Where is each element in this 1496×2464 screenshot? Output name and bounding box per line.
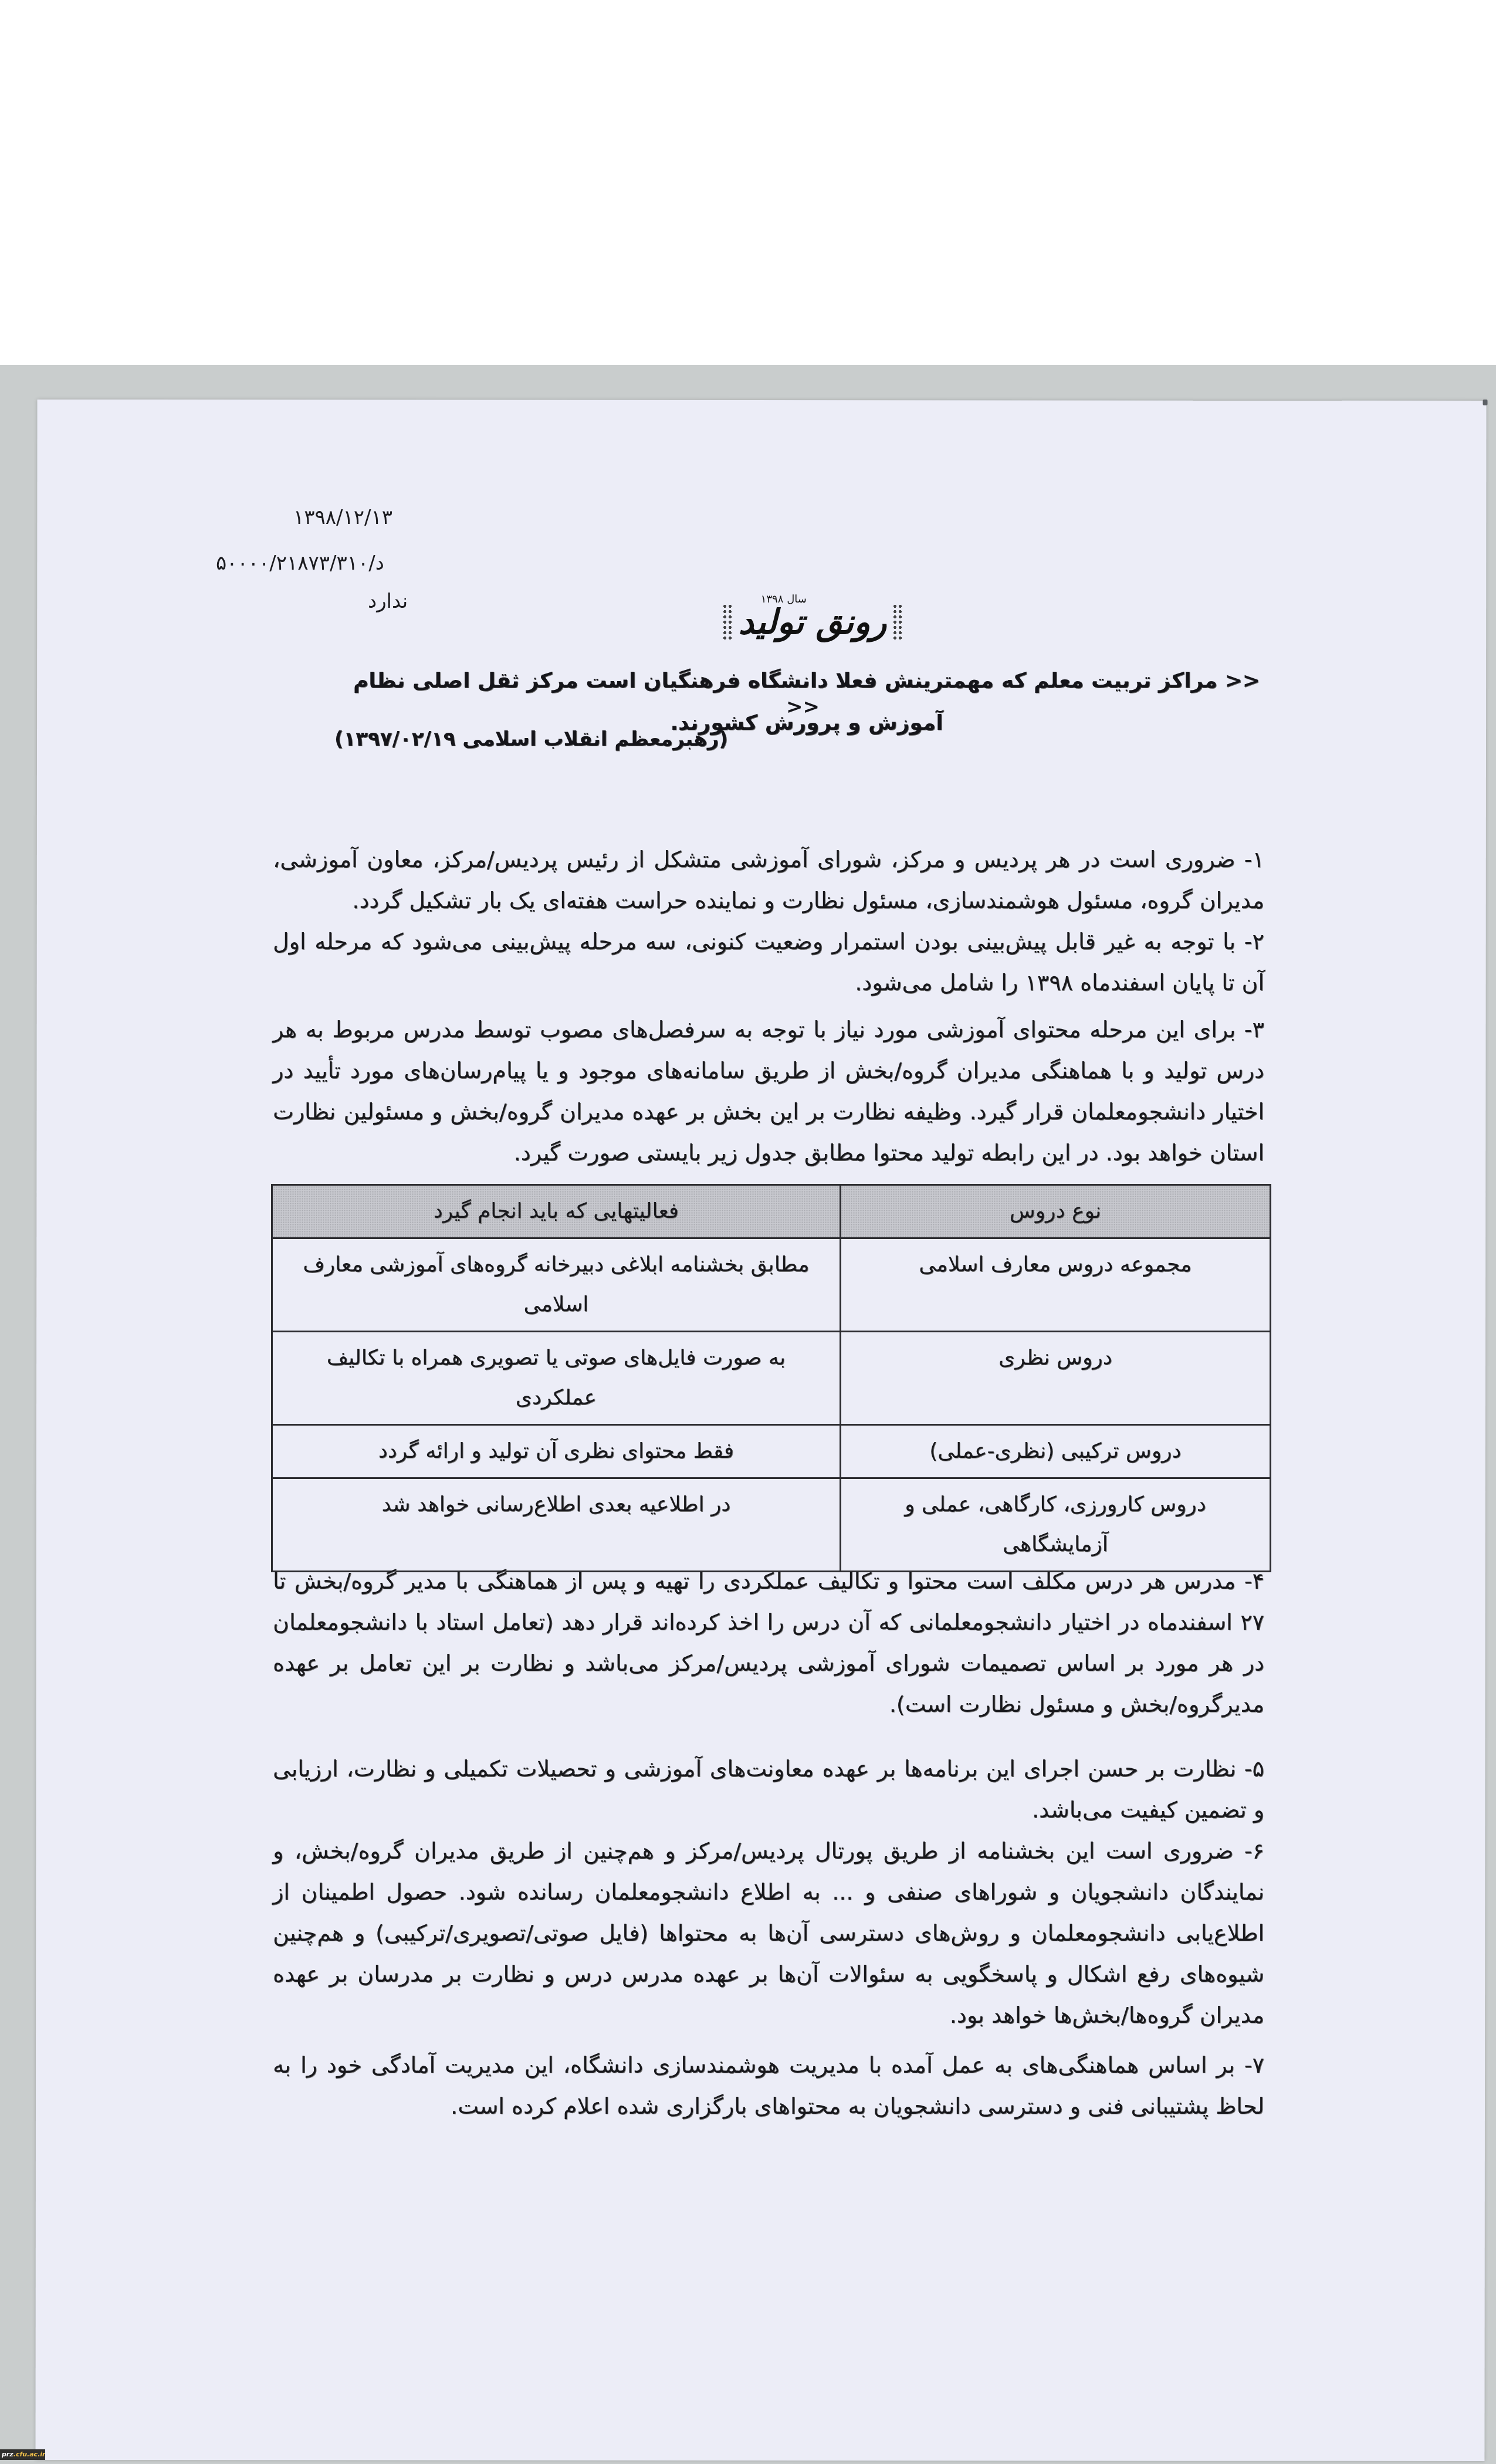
table-row: دروس نظری به صورت فایل‌های صوتی یا تصویر… (272, 1332, 1271, 1425)
site-watermark: prz.cfu.ac.ir (0, 2449, 45, 2460)
cell-course-type: مجموعه دروس معارف اسلامی (840, 1238, 1270, 1332)
table-header-row: نوع دروس فعالیتهایی که باید انجام گیرد (272, 1185, 1271, 1238)
letter-attachment: ندارد (368, 590, 408, 613)
paragraph-2: ۲- با توجه به غیر قابل پیش‌بینی بودن است… (273, 921, 1264, 1003)
watermark-prefix: prz (2, 2451, 13, 2458)
cell-course-type: دروس کارورزی، کارگاهی، عملی و آزمایشگاهی (840, 1478, 1270, 1572)
paragraph-5: ۵- نظارت بر حسن اجرای این برنامه‌ها بر ع… (273, 1748, 1264, 1830)
letter-date: ۱۳۹۸/۱۲/۱۳ (293, 506, 392, 529)
letter-number: د/۵۰۰۰۰/۲۱۸۷۳/۳۱۰ (216, 551, 384, 575)
cell-activities: مطابق بخشنامه ابلاغی دبیرخانه گروه‌های آ… (272, 1238, 841, 1332)
cell-course-type: دروس نظری (840, 1332, 1270, 1425)
quote-closing-mark: >> (786, 695, 820, 719)
paragraph-4: ۴- مدرس هر درس مکلف است محتوا و تکالیف ع… (273, 1561, 1264, 1725)
cell-activities: در اطلاعیه بعدی اطلاع‌رسانی خواهد شد (272, 1478, 841, 1572)
slogan-year: سال ۱۳۹۸ (761, 594, 807, 605)
course-content-table: نوع دروس فعالیتهایی که باید انجام گیرد م… (271, 1184, 1271, 1572)
cell-course-type: دروس ترکیبی (نظری-عملی) (840, 1425, 1270, 1478)
letter-number-value: د/۵۰۰۰۰/۲۱۸۷۳/۳۱۰ (216, 551, 384, 575)
ornament-left-icon (722, 604, 733, 640)
paragraph-7: ۷- بر اساس هماهنگی‌های به عمل آمده با مد… (273, 2045, 1264, 2127)
table-row: دروس کارورزی، کارگاهی، عملی و آزمایشگاهی… (272, 1478, 1271, 1572)
cell-activities: به صورت فایل‌های صوتی یا تصویری همراه با… (272, 1332, 841, 1425)
paragraph-6: ۶- ضروری است این بخشنامه از طریق پورتال … (273, 1830, 1264, 2036)
ornament-right-icon (892, 604, 903, 640)
year-slogan: رونق تولید سال ۱۳۹۸ (719, 593, 906, 651)
paragraph-3: ۳- برای این مرحله محتوای آموزشی مورد نیا… (273, 1009, 1264, 1173)
slogan-main: رونق تولید (739, 602, 886, 642)
cell-activities: فقط محتوای نظری آن تولید و ارائه گردد (272, 1425, 841, 1478)
table-row: مجموعه دروس معارف اسلامی مطابق بخشنامه ا… (272, 1238, 1271, 1332)
header-activities: فعالیتهایی که باید انجام گیرد (272, 1185, 841, 1238)
header-course-type: نوع دروس (840, 1185, 1270, 1238)
paragraph-1: ۱- ضروری است در هر پردیس و مرکز، شورای آ… (273, 839, 1264, 921)
letter-date-value: ۱۳۹۸/۱۲/۱۳ (293, 506, 392, 529)
watermark-domain: .cfu.ac.ir (13, 2451, 45, 2458)
quote-source: (رهبرمعظم انقلاب اسلامی ۱۳۹۷/۰۲/۱۹) (334, 727, 728, 751)
letter-attachment-value: ندارد (368, 590, 408, 613)
table-row: دروس ترکیبی (نظری-عملی) فقط محتوای نظری … (272, 1425, 1271, 1478)
slogan-text: رونق تولید سال ۱۳۹۸ (739, 605, 886, 639)
